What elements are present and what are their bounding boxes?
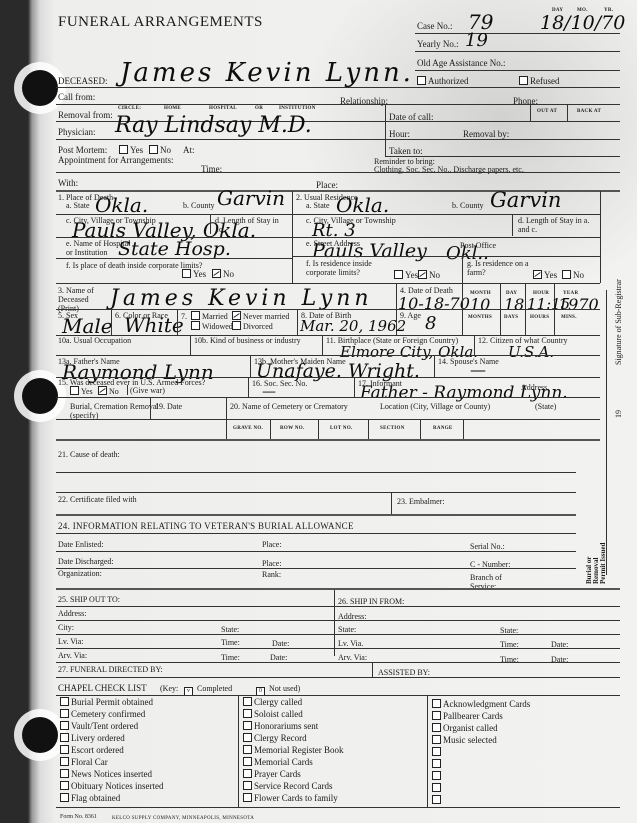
checkbox-icon xyxy=(243,697,252,706)
binder-hole-top xyxy=(22,70,58,106)
ship-out-city-label: City: xyxy=(58,623,74,632)
divider xyxy=(462,256,463,283)
checklist-flag[interactable]: Flag obtained xyxy=(60,793,120,803)
location-label: Location (City, Village or County) xyxy=(380,402,490,411)
divorced-label: Divorced xyxy=(243,322,273,331)
out-at-label: OUT AT xyxy=(537,107,557,117)
age-col-months: MONTHS xyxy=(468,313,492,323)
cause-of-death-label: 21. Cause of death: xyxy=(58,450,120,459)
checkbox-icon xyxy=(432,747,441,756)
checklist-item-label: Prayer Cards xyxy=(254,769,301,779)
divider xyxy=(111,309,112,335)
age-col-days: DAYS xyxy=(504,313,518,323)
back-at-label: BACK AT xyxy=(577,107,601,117)
post-mortem-yes[interactable]: Yes xyxy=(119,145,143,155)
ssn-label: 16. Soc. Sec. No. xyxy=(252,379,307,388)
checklist-acknowledgment-cards[interactable]: Acknowledgment Cards xyxy=(432,699,530,709)
never-married-label: Never married xyxy=(243,312,289,321)
date-discharged-label: Date Discharged: xyxy=(58,557,114,566)
residence-corporate-label: f. Is residence inside corporate limits? xyxy=(306,259,401,277)
divider xyxy=(427,695,428,807)
checklist-livery[interactable]: Livery ordered xyxy=(60,733,125,743)
divider xyxy=(354,377,355,397)
permit-issued-label: Burial or Removal Permit Issued xyxy=(586,536,607,584)
assisted-by-label: ASSISTED BY: xyxy=(378,668,430,677)
residence-county-value[interactable]: Garvin xyxy=(490,188,561,212)
checkbox-icon xyxy=(432,759,441,768)
checkbox-icon xyxy=(432,735,441,744)
ship-in-state-label: State: xyxy=(338,625,356,634)
checklist-obituary-notices[interactable]: Obituary Notices inserted xyxy=(60,781,163,791)
enlisted-place-label: Place: xyxy=(262,540,282,549)
checklist-item-label: Clergy Record xyxy=(254,733,307,743)
checklist-prayer-cards[interactable]: Prayer Cards xyxy=(243,769,301,779)
divider xyxy=(567,104,568,121)
checklist-item-label: Organist called xyxy=(443,723,498,733)
divider xyxy=(56,172,620,173)
checklist-honorariums[interactable]: Honorariums sent xyxy=(243,721,318,731)
divider xyxy=(56,283,600,284)
completed-label: Completed xyxy=(197,684,232,693)
checkbox-icon xyxy=(60,769,69,778)
checklist-news-notices[interactable]: News Notices inserted xyxy=(60,769,152,779)
checklist-item-label: News Notices inserted xyxy=(71,769,152,779)
ship-in-lv-via-label: Lv. Via. xyxy=(338,639,363,648)
divider xyxy=(56,807,620,808)
checked-checkbox-icon xyxy=(533,270,542,279)
hospital-value[interactable]: State Hosp. xyxy=(118,238,231,260)
divider xyxy=(415,33,620,34)
checkbox-icon xyxy=(60,745,69,754)
divider xyxy=(226,397,227,439)
divider xyxy=(56,258,292,259)
spouse-label: 14. Spouse's Name xyxy=(438,357,499,366)
yes-label: Yes xyxy=(544,270,557,280)
no-label: No xyxy=(573,270,584,280)
checkbox-icon xyxy=(149,145,158,154)
no-label: No xyxy=(109,387,119,396)
checkbox-icon xyxy=(243,781,252,790)
divider xyxy=(292,237,600,238)
checkbox-icon xyxy=(243,733,252,742)
appointment-label: Appointment for Arrangements: xyxy=(58,155,173,165)
address-label: Address xyxy=(521,383,547,392)
post-mortem-label: Post Mortem: xyxy=(58,145,107,155)
divider xyxy=(415,51,620,52)
checklist-blank-2[interactable] xyxy=(432,759,443,769)
checklist-item-label: Clergy called xyxy=(254,697,302,707)
divider xyxy=(512,214,513,236)
directed-by-label: 27. FUNERAL DIRECTED BY: xyxy=(58,665,163,674)
marital-never-married[interactable]: Never married xyxy=(232,311,289,321)
give-war-label: (Give war) xyxy=(130,386,165,395)
yes-label: Yes xyxy=(405,270,418,280)
checkbox-icon xyxy=(60,709,69,718)
embalmer-label: 23. Embalmer: xyxy=(397,497,445,506)
physician-value[interactable]: Ray Lindsay M.D. xyxy=(115,113,312,138)
checklist-key-label: (Key: xyxy=(160,684,178,693)
not-used-label: Not used) xyxy=(269,684,300,693)
occupation-label: 10a. Usual Occupation xyxy=(58,336,131,345)
checklist-clergy-called[interactable]: Clergy called xyxy=(243,697,302,707)
lot-no-col: LOT NO. xyxy=(330,424,353,434)
checklist-item-label: Honorariums sent xyxy=(254,721,318,731)
checklist-item-label: Memorial Cards xyxy=(254,757,313,767)
physician-label: Physician: xyxy=(58,127,96,137)
hour-label: Hour: xyxy=(389,129,410,139)
authorized-label: Authorized xyxy=(428,76,469,86)
yearly-no-label: Yearly No.: xyxy=(417,39,459,49)
checklist-service-record[interactable]: Service Record Cards xyxy=(243,781,332,791)
header-date-value[interactable]: 18/10/70 xyxy=(540,12,625,34)
armed-no[interactable]: No xyxy=(98,386,119,396)
checklist-item-label: Pallbearer Cards xyxy=(443,711,503,721)
date19-label: 19. Date xyxy=(155,402,182,411)
divider xyxy=(297,309,298,335)
ship-in-heading: 26. SHIP IN FROM: xyxy=(338,597,404,606)
veteran-heading: 24. INFORMATION RELATING TO VETERAN'S BU… xyxy=(58,521,354,531)
divider xyxy=(56,620,620,621)
ship-out-lv-via-label: Lv. Via: xyxy=(58,637,84,646)
checked-checkbox-icon xyxy=(232,311,241,320)
residence-length-label: d. Length of Stay in a. and c. xyxy=(518,216,598,234)
checkbox-icon xyxy=(243,721,252,730)
checklist-flower-cards[interactable]: Flower Cards to family xyxy=(243,793,338,803)
checklist-clergy-record[interactable]: Clergy Record xyxy=(243,733,307,743)
publisher: KELCO SUPPLY COMPANY, MINNEAPOLIS, MINNE… xyxy=(112,814,254,823)
deceased-name[interactable]: James Kevin Lynn. xyxy=(120,58,414,88)
divider xyxy=(56,214,292,215)
checkbox-icon xyxy=(432,723,441,732)
divider xyxy=(177,309,178,335)
checkbox-icon xyxy=(562,270,571,279)
checkbox-icon xyxy=(119,145,128,154)
residence-corporate-yes[interactable]: Yes xyxy=(394,270,418,280)
yearly-no-value[interactable]: 19 xyxy=(465,30,488,51)
deceased-label: DECEASED: xyxy=(58,76,108,86)
removal-by-label: Removal by: xyxy=(463,129,509,139)
armed-yes[interactable]: Yes xyxy=(70,386,93,396)
divider xyxy=(210,214,211,234)
death-county-value[interactable]: Garvin xyxy=(217,186,285,210)
divider xyxy=(56,139,620,140)
yes-label: Yes xyxy=(193,269,206,279)
death-state-label: a. State xyxy=(66,201,90,210)
residence-county-label: b. County xyxy=(452,201,484,210)
divider xyxy=(56,514,576,516)
ship-out-address-label: Address: xyxy=(58,609,86,618)
marital-married[interactable]: Married xyxy=(191,311,228,321)
checklist-memorial-cards[interactable]: Memorial Cards xyxy=(243,757,313,767)
checklist-item-label: Acknowledgment Cards xyxy=(443,699,530,709)
yes-label: Yes xyxy=(130,145,143,155)
nineteen-label: 19 xyxy=(614,410,623,418)
checklist-pallbearer-cards[interactable]: Pallbearer Cards xyxy=(432,711,503,721)
married-label: Married xyxy=(202,312,228,321)
age-label: 9. Age xyxy=(400,311,421,320)
death-corporate-yes[interactable]: Yes xyxy=(182,269,206,279)
age-col-hours: HOURS xyxy=(530,313,549,323)
checkbox-icon xyxy=(432,699,441,708)
divider xyxy=(463,419,464,439)
authorized-checkbox[interactable]: Authorized xyxy=(417,76,469,86)
name-value[interactable]: James Kevin Lynn xyxy=(110,286,373,311)
form-title: FUNERAL ARRANGEMENTS xyxy=(58,14,263,31)
checkbox-icon xyxy=(519,76,528,85)
divider xyxy=(56,551,576,552)
checklist-music[interactable]: Music selected xyxy=(432,735,497,745)
checklist-burial-permit[interactable]: Burial Permit obtained xyxy=(60,697,153,707)
checkbox-icon xyxy=(243,745,252,754)
marital-widowed[interactable]: Widowed xyxy=(191,321,233,331)
checkbox-icon xyxy=(182,269,191,278)
divider xyxy=(248,377,249,397)
checkbox-icon xyxy=(60,793,69,802)
divider xyxy=(56,568,576,569)
farm-no[interactable]: No xyxy=(562,270,584,280)
with-label: With: xyxy=(58,178,78,188)
taken-to-label: Taken to: xyxy=(389,146,423,156)
divider xyxy=(250,355,251,377)
checked-checkbox-icon xyxy=(418,270,427,279)
farm-yes[interactable]: Yes xyxy=(533,270,557,280)
place-label: Place: xyxy=(316,180,338,190)
age-col-mins: MINS. xyxy=(561,313,577,323)
divider xyxy=(318,419,319,439)
no-label: No xyxy=(223,269,234,279)
death-county-label: b. County xyxy=(183,201,215,210)
checked-checkbox-icon xyxy=(212,269,221,278)
checklist-cemetery-confirmed[interactable]: Cemetery confirmed xyxy=(60,709,145,719)
checklist-item-label: Escort ordered xyxy=(71,745,124,755)
divider xyxy=(190,335,191,355)
checkbox-icon xyxy=(243,709,252,718)
signature-line xyxy=(606,290,607,575)
dod-month[interactable]: 10 xyxy=(470,295,490,314)
checkbox-icon xyxy=(60,757,69,766)
checklist-item-label: Flag obtained xyxy=(71,793,120,803)
checklist-item-label: Cemetery confirmed xyxy=(71,709,145,719)
checkbox-icon xyxy=(432,783,441,792)
checkbox-icon xyxy=(232,321,241,330)
divider xyxy=(238,695,239,807)
divider xyxy=(368,419,369,439)
checkbox-icon xyxy=(432,795,441,804)
checkbox-icon xyxy=(432,711,441,720)
ship-out-heading: 25. SHIP OUT TO: xyxy=(58,595,120,604)
divider xyxy=(56,355,600,356)
residence-corporate-no[interactable]: No xyxy=(418,270,440,280)
checkbox-icon xyxy=(432,771,441,780)
ship-out-arv-via-label: Arv. Via: xyxy=(58,651,87,660)
checkbox-icon xyxy=(191,311,200,320)
divider xyxy=(56,606,620,607)
divider xyxy=(56,648,620,649)
divider xyxy=(56,309,600,310)
checklist-item-label: Vault/Tent ordered xyxy=(71,721,138,731)
checklist-register-book[interactable]: Memorial Register Book xyxy=(243,745,344,755)
range-col: RANGE xyxy=(433,424,453,434)
divider xyxy=(530,104,531,121)
checkbox-icon xyxy=(60,697,69,706)
checklist-item-label: Service Record Cards xyxy=(254,781,332,791)
checklist-organist[interactable]: Organist called xyxy=(432,723,498,733)
no-label: No xyxy=(160,145,171,155)
divider xyxy=(150,397,151,419)
widowed-label: Widowed xyxy=(202,322,233,331)
ship-out-arv-date-label: Date: xyxy=(270,653,287,662)
divider xyxy=(56,662,620,663)
removal-from-label: Removal from: xyxy=(58,110,113,120)
refused-label: Refused xyxy=(530,76,560,86)
race-value[interactable]: White xyxy=(124,313,184,337)
checklist-item-label: Burial Permit obtained xyxy=(71,697,153,707)
death-corporate-no[interactable]: No xyxy=(212,269,234,279)
dob-value[interactable]: Mar. 20, 1962 xyxy=(300,317,406,335)
checkbox-icon xyxy=(60,781,69,790)
checkbox-icon xyxy=(243,757,252,766)
burial-type-label: Burial, Cremation Removal (specify) xyxy=(70,402,160,420)
ship-out-arv-time-label: Time: xyxy=(221,653,240,662)
marital-divorced[interactable]: Divorced xyxy=(232,321,273,331)
ship-out-lv-time-label: Time: xyxy=(221,638,240,647)
grave-no-col: GRAVE NO. xyxy=(233,424,263,434)
serial-no-label: Serial No.: xyxy=(470,542,505,551)
divider xyxy=(56,87,620,88)
divider xyxy=(372,662,373,677)
checkbox-icon xyxy=(243,769,252,778)
residence-state-label: a. State xyxy=(306,201,330,210)
at-label: At: xyxy=(183,145,195,155)
divider xyxy=(391,492,392,514)
checklist-item-label: Floral Car xyxy=(71,757,108,767)
divider xyxy=(434,355,435,377)
checkbox-icon xyxy=(243,793,252,802)
divider xyxy=(56,397,600,398)
divider xyxy=(420,419,421,439)
binder-hole-middle xyxy=(22,378,58,414)
divider xyxy=(56,533,576,534)
checkbox-icon xyxy=(394,270,403,279)
checklist-item-label: Memorial Register Book xyxy=(254,745,344,755)
checklist-vault-tent[interactable]: Vault/Tent ordered xyxy=(60,721,138,731)
checklist-item-label: Soloist called xyxy=(254,709,303,719)
case-no-label: Case No.: xyxy=(417,21,453,31)
checkbox-icon xyxy=(70,386,79,395)
checklist-blank-3[interactable] xyxy=(432,771,443,781)
section-col: SECTION xyxy=(380,424,405,434)
post-mortem-no[interactable]: No xyxy=(149,145,171,155)
refused-checkbox[interactable]: Refused xyxy=(519,76,560,86)
discharged-place-label: Place: xyxy=(262,559,282,568)
no-label: No xyxy=(429,270,440,280)
date-enlisted-label: Date Enlisted: xyxy=(58,540,104,549)
yes-label: Yes xyxy=(81,387,93,396)
binder-hole-bottom xyxy=(22,717,58,753)
sub-registrar-label: Signature of Sub-Registrar xyxy=(614,279,623,365)
row-no-col: ROW NO. xyxy=(280,424,305,434)
divider xyxy=(415,70,620,71)
divider xyxy=(56,634,620,635)
checkbox-icon xyxy=(60,733,69,742)
dod-year[interactable]: 1970 xyxy=(558,295,599,314)
checklist-blank-4[interactable] xyxy=(432,783,443,793)
checklist-floral-car[interactable]: Floral Car xyxy=(60,757,108,767)
divider xyxy=(334,590,335,656)
certificate-filed-label: 22. Certificate filed with xyxy=(58,495,138,504)
divider xyxy=(56,588,620,590)
checklist-heading: CHAPEL CHECK LIST xyxy=(58,683,147,693)
ship-out-state-label: State: xyxy=(221,625,239,634)
ship-out-lv-date-label: Date: xyxy=(272,639,289,648)
divider xyxy=(56,439,600,441)
divider xyxy=(56,677,620,678)
checklist-blank-5[interactable] xyxy=(432,795,443,805)
organization-label: Organization: xyxy=(58,569,102,578)
citizen-value[interactable]: U.S.A. xyxy=(508,343,554,361)
dod-day[interactable]: 18 xyxy=(504,295,524,314)
ship-in-arv-via-label: Arv. Via: xyxy=(338,653,367,662)
checkbox-icon xyxy=(191,321,200,330)
business-label: 10b. Kind of business or industry xyxy=(194,336,301,345)
checkbox-icon xyxy=(60,721,69,730)
checklist-soloist[interactable]: Soloist called xyxy=(243,709,303,719)
divider xyxy=(270,419,271,439)
age-value[interactable]: 8 xyxy=(425,313,436,334)
state-label: (State) xyxy=(535,402,556,411)
call-from-label: Call from: xyxy=(58,92,95,102)
checklist-item-label: Obituary Notices inserted xyxy=(71,781,163,791)
divider xyxy=(600,191,601,283)
divider xyxy=(56,492,576,493)
cemetery-label: 20. Name of Cemetery or Crematory xyxy=(230,402,348,411)
divider xyxy=(474,335,475,355)
divider xyxy=(56,419,600,420)
divider xyxy=(56,472,576,473)
divider xyxy=(292,256,600,257)
checklist-escort[interactable]: Escort ordered xyxy=(60,745,124,755)
checklist-item-label: Flower Cards to family xyxy=(254,793,338,803)
checklist-blank-1[interactable] xyxy=(432,747,443,757)
old-age-label: Old Age Assistance No.: xyxy=(417,58,506,68)
divider xyxy=(385,104,386,156)
marital-label: 7. xyxy=(181,312,187,321)
checked-checkbox-icon xyxy=(98,386,107,395)
divider xyxy=(127,385,128,395)
divider xyxy=(292,214,600,215)
checkbox-icon xyxy=(417,76,426,85)
rank-label: Rank: xyxy=(262,570,281,579)
death-length-label: d. Length of Stay in 1c. xyxy=(215,216,285,234)
checklist-item-label: Livery ordered xyxy=(71,733,125,743)
divider xyxy=(56,695,620,696)
checklist-item-label: Music selected xyxy=(443,735,497,745)
divider xyxy=(322,335,323,355)
form-number: Form No. 8361 xyxy=(60,812,97,822)
